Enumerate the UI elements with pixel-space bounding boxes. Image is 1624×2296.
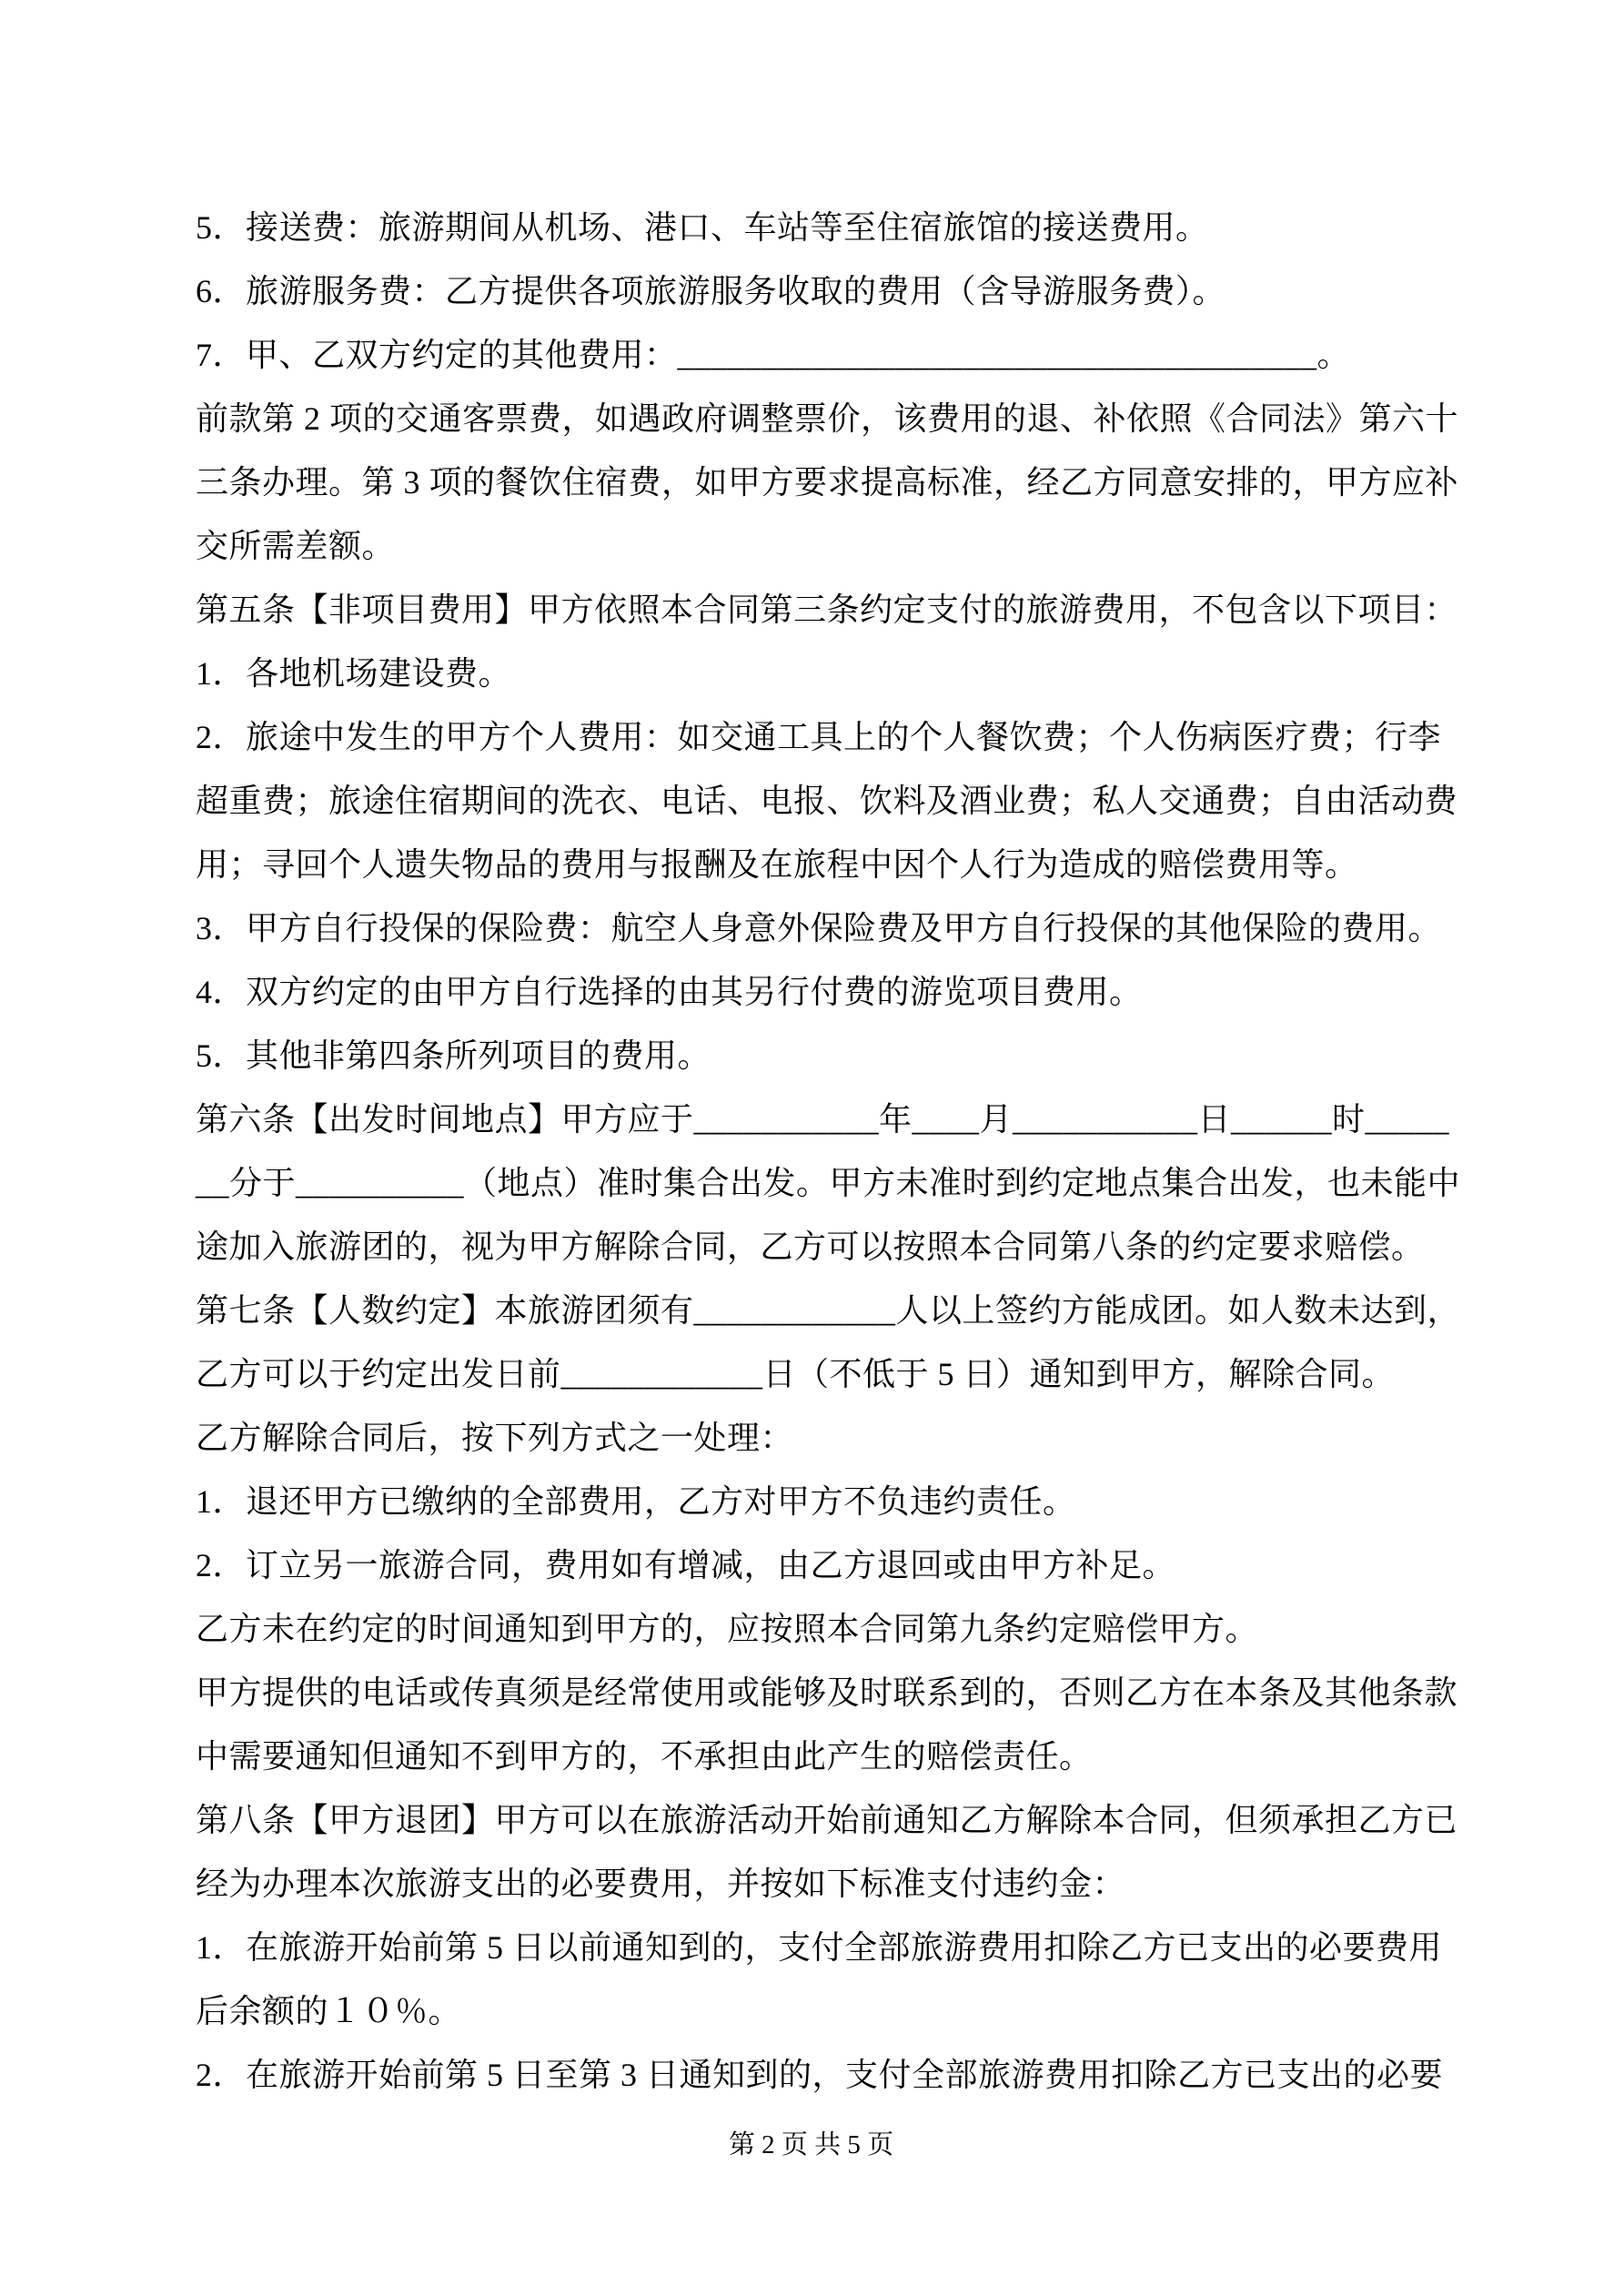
contract-line: 乙方可以于约定出发日前____________日（不低于 5 日）通知到甲方，解… — [196, 1342, 1427, 1406]
contract-line: 5．接送费：旅游期间从机场、港口、车站等至住宿旅馆的接送费用。 — [196, 196, 1427, 259]
contract-line: 6．旅游服务费：乙方提供各项旅游服务收取的费用（含导游服务费）。 — [196, 259, 1427, 323]
contract-line: 经为办理本次旅游支出的必要费用，并按如下标准支付违约金： — [196, 1852, 1427, 1916]
contract-line: 第七条【人数约定】本旅游团须有____________人以上签约方能成团。如人数… — [196, 1279, 1427, 1342]
contract-line: 乙方解除合同后，按下列方式之一处理： — [196, 1406, 1427, 1470]
contract-line: 1．在旅游开始前第 5 日以前通知到的，支付全部旅游费用扣除乙方已支出的必要费用 — [196, 1916, 1427, 1979]
contract-line: 2．旅途中发生的甲方个人费用：如交通工具上的个人餐饮费；个人伤病医疗费；行李 — [196, 705, 1427, 769]
contract-line: 1．退还甲方已缴纳的全部费用，乙方对甲方不负违约责任。 — [196, 1470, 1427, 1533]
contract-line: 3．甲方自行投保的保险费：航空人身意外保险费及甲方自行投保的其他保险的费用。 — [196, 896, 1427, 960]
contract-line: 用；寻回个人遗失物品的费用与报酬及在旅程中因个人行为造成的赔偿费用等。 — [196, 833, 1427, 896]
contract-line: 2．在旅游开始前第 5 日至第 3 日通知到的，支付全部旅游费用扣除乙方已支出的… — [196, 2043, 1427, 2107]
contract-line: 中需要通知但通知不到甲方的，不承担由此产生的赔偿责任。 — [196, 1725, 1427, 1788]
contract-line: 乙方未在约定的时间通知到甲方的，应按照本合同第九条约定赔偿甲方。 — [196, 1597, 1427, 1661]
contract-line: 前款第 2 项的交通客票费，如遇政府调整票价，该费用的退、补依照《合同法》第六十 — [196, 387, 1427, 450]
contract-line: 途加入旅游团的，视为甲方解除合同，乙方可以按照本合同第八条的约定要求赔偿。 — [196, 1215, 1427, 1279]
contract-line: 超重费；旅途住宿期间的洗衣、电话、电报、饮料及酒业费；私人交通费；自由活动费 — [196, 769, 1427, 833]
contract-line: 交所需差额。 — [196, 514, 1427, 578]
contract-line: 5．其他非第四条所列项目的费用。 — [196, 1024, 1427, 1087]
contract-line: 4．双方约定的由甲方自行选择的由其另行付费的游览项目费用。 — [196, 960, 1427, 1024]
contract-line: 第六条【出发时间地点】甲方应于___________年____月________… — [196, 1087, 1427, 1151]
contract-line: 2．订立另一旅游合同，费用如有增减，由乙方退回或由甲方补足。 — [196, 1533, 1427, 1597]
contract-line: 第五条【非项目费用】甲方依照本合同第三条约定支付的旅游费用，不包含以下项目： — [196, 578, 1427, 642]
contract-line: __分于__________（地点）准时集合出发。甲方未准时到约定地点集合出发，… — [196, 1151, 1427, 1215]
contract-line: 后余额的１０％。 — [196, 1979, 1427, 2043]
contract-line: 7．甲、乙双方约定的其他费用：_________________________… — [196, 323, 1427, 387]
page-footer: 第 2 页 共 5 页 — [196, 2113, 1427, 2177]
contract-line: 三条办理。第 3 项的餐饮住宿费，如甲方要求提高标准，经乙方同意安排的，甲方应补 — [196, 450, 1427, 514]
contract-line: 第八条【甲方退团】甲方可以在旅游活动开始前通知乙方解除本合同，但须承担乙方已 — [196, 1788, 1427, 1852]
contract-line: 甲方提供的电话或传真须是经常使用或能够及时联系到的，否则乙方在本条及其他条款 — [196, 1661, 1427, 1725]
contract-body: 5．接送费：旅游期间从机场、港口、车站等至住宿旅馆的接送费用。6．旅游服务费：乙… — [196, 196, 1427, 2107]
contract-page: 5．接送费：旅游期间从机场、港口、车站等至住宿旅馆的接送费用。6．旅游服务费：乙… — [0, 0, 1624, 2296]
contract-line: 1．各地机场建设费。 — [196, 642, 1427, 705]
